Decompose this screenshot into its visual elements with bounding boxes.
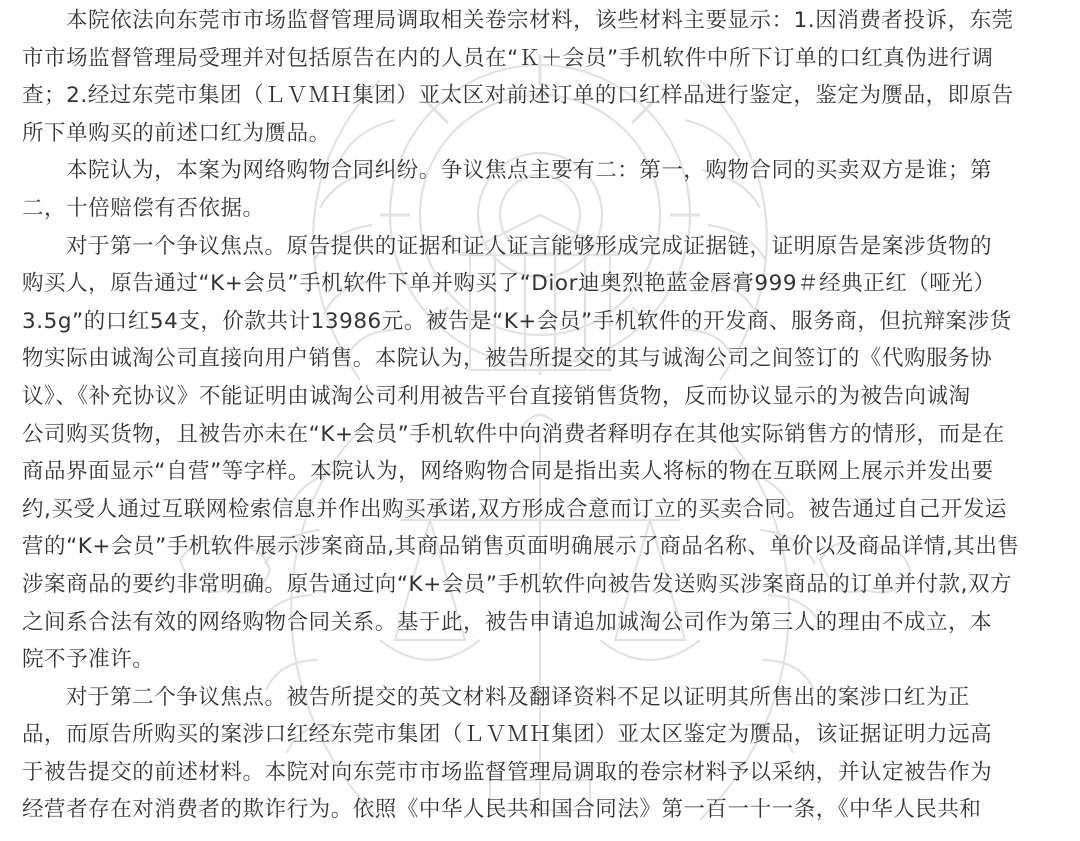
judgment-document: 本院依法向东莞市市场监督管理局调取相关卷宗材料，该些材料主要显示：1.因消费者投… <box>0 2 1058 829</box>
text-line: 购买人，原告通过“K+会员”手机软件下单并购买了“Dior迪奥烈艳蓝金唇膏999… <box>22 265 1058 303</box>
text-line: 物实际由诚淘公司直接向用户销售。本院认为，被告所提交的其与诚淘公司之间签订的《代… <box>22 340 1058 378</box>
text-line: 对于第二个争议焦点。被告所提交的英文材料及翻译资料不足以证明其所售出的案涉口红为… <box>22 679 1058 717</box>
text-line: 经营者存在对消费者的欺诈行为。依照《中华人民共和国合同法》第一百一十一条，《中华… <box>22 791 1058 829</box>
text-line: 市市场监督管理局受理并对包括原告在内的人员在“Ｋ＋会员”手机软件中所下订单的口红… <box>22 40 1058 78</box>
text-line: 之间系合法有效的网络购物合同关系。基于此，被告申请追加诚淘公司作为第三人的理由不… <box>22 604 1058 642</box>
text-line: 议》、《补充协议》不能证明由诚淘公司利用被告平台直接销售货物，反而协议显示的为被… <box>22 378 1058 416</box>
text-line: 3.5g”的口红54支，价款共计13986元。被告是“K+会员”手机软件的开发商… <box>22 303 1058 341</box>
text-line: 约,买受人通过互联网检索信息并作出购买承诺,双方形成合意而订立的买卖合同。被告通… <box>22 491 1058 529</box>
paragraph-dispute-focus: 本院认为，本案为网络购物合同纠纷。争议焦点主要有二：第一，购物合同的买卖双方是谁… <box>22 152 1058 227</box>
text-line: 于被告提交的前述材料。本院对向东莞市市场监督管理局调取的卷宗材料予以采纳，并认定… <box>22 754 1058 792</box>
text-line: 二，十倍赔偿有否依据。 <box>22 190 1058 228</box>
text-line: 本院依法向东莞市市场监督管理局调取相关卷宗材料，该些材料主要显示：1.因消费者投… <box>22 2 1058 40</box>
text-line: 品，而原告所购买的案涉口红经东莞市集团（ＬＶＭＨ集团）亚太区鉴定为赝品，该证据证… <box>22 716 1058 754</box>
text-line: 院不予准许。 <box>22 641 1058 679</box>
text-line: 本院认为，本案为网络购物合同纠纷。争议焦点主要有二：第一，购物合同的买卖双方是谁… <box>22 152 1058 190</box>
text-line: 查；2.经过东莞市集团（ＬＶＭＨ集团）亚太区对前述订单的口红样品进行鉴定，鉴定为… <box>22 77 1058 115</box>
text-line: 营的“K+会员”手机软件展示涉案商品,其商品销售页面明确展示了商品名称、单价以及… <box>22 528 1058 566</box>
paragraph-second-dispute-focus: 对于第二个争议焦点。被告所提交的英文材料及翻译资料不足以证明其所售出的案涉口红为… <box>22 679 1058 829</box>
paragraph-evidence-from-market-bureau: 本院依法向东莞市市场监督管理局调取相关卷宗材料，该些材料主要显示：1.因消费者投… <box>22 2 1058 152</box>
text-line: 所下单购买的前述口红为赝品。 <box>22 115 1058 153</box>
text-line: 商品界面显示“自营”等字样。本院认为，网络购物合同是指出卖人将标的物在互联网上展… <box>22 453 1058 491</box>
text-line: 对于第一个争议焦点。原告提供的证据和证人证言能够形成完成证据链，证明原告是案涉货… <box>22 228 1058 266</box>
text-line: 涉案商品的要约非常明确。原告通过向“K+会员”手机软件向被告发送购买涉案商品的订… <box>22 566 1058 604</box>
paragraph-first-dispute-focus: 对于第一个争议焦点。原告提供的证据和证人证言能够形成完成证据链，证明原告是案涉货… <box>22 228 1058 679</box>
text-line: 公司购买货物，且被告亦未在“K+会员”手机软件中向消费者释明存在其他实际销售方的… <box>22 416 1058 454</box>
